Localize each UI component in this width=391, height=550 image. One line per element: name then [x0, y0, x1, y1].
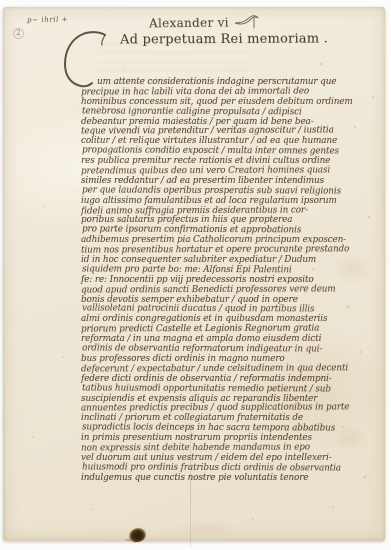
- manuscript-page: p~ ihril + 2 Alexander vi Ad perpetuam R…: [3, 7, 385, 541]
- marginalia-top-left: p~ ihril +: [27, 16, 68, 25]
- pope-title: Alexander vi: [149, 16, 229, 31]
- fold-crease: [190, 67, 191, 548]
- body-text: um attente considerationis indagine pers…: [81, 78, 343, 484]
- text-line: indulgemus que cunctis nostre pie volunt…: [81, 474, 343, 484]
- manuscript-photo: p~ ihril + 2 Alexander vi Ad perpetuam R…: [0, 0, 391, 550]
- collation-mark: 2: [13, 28, 24, 39]
- wax-stain: [128, 527, 147, 543]
- initial-letter: C: [3, 7, 4, 8]
- title-swash-flourish: [234, 13, 260, 29]
